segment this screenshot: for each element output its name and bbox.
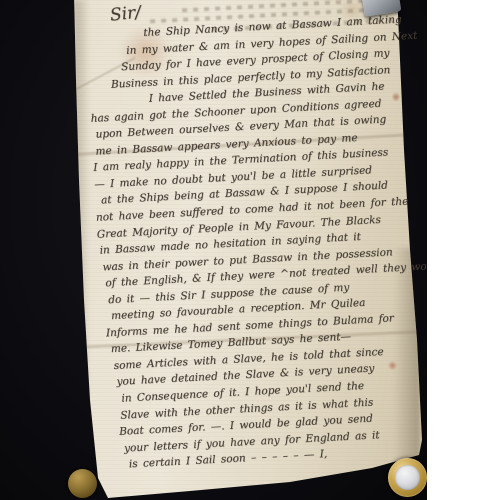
photo-background: Sir/ the Ship Nancy is now at Bassaw I a… [0,0,427,500]
letter-body: the Ship Nancy is now at Bassaw I am tak… [86,11,427,474]
brass-coin [68,469,97,498]
two-pound-coin [388,458,427,497]
letter-salutation: Sir/ [109,2,142,25]
white-margin [427,0,500,500]
coin-silver-center [395,465,420,490]
